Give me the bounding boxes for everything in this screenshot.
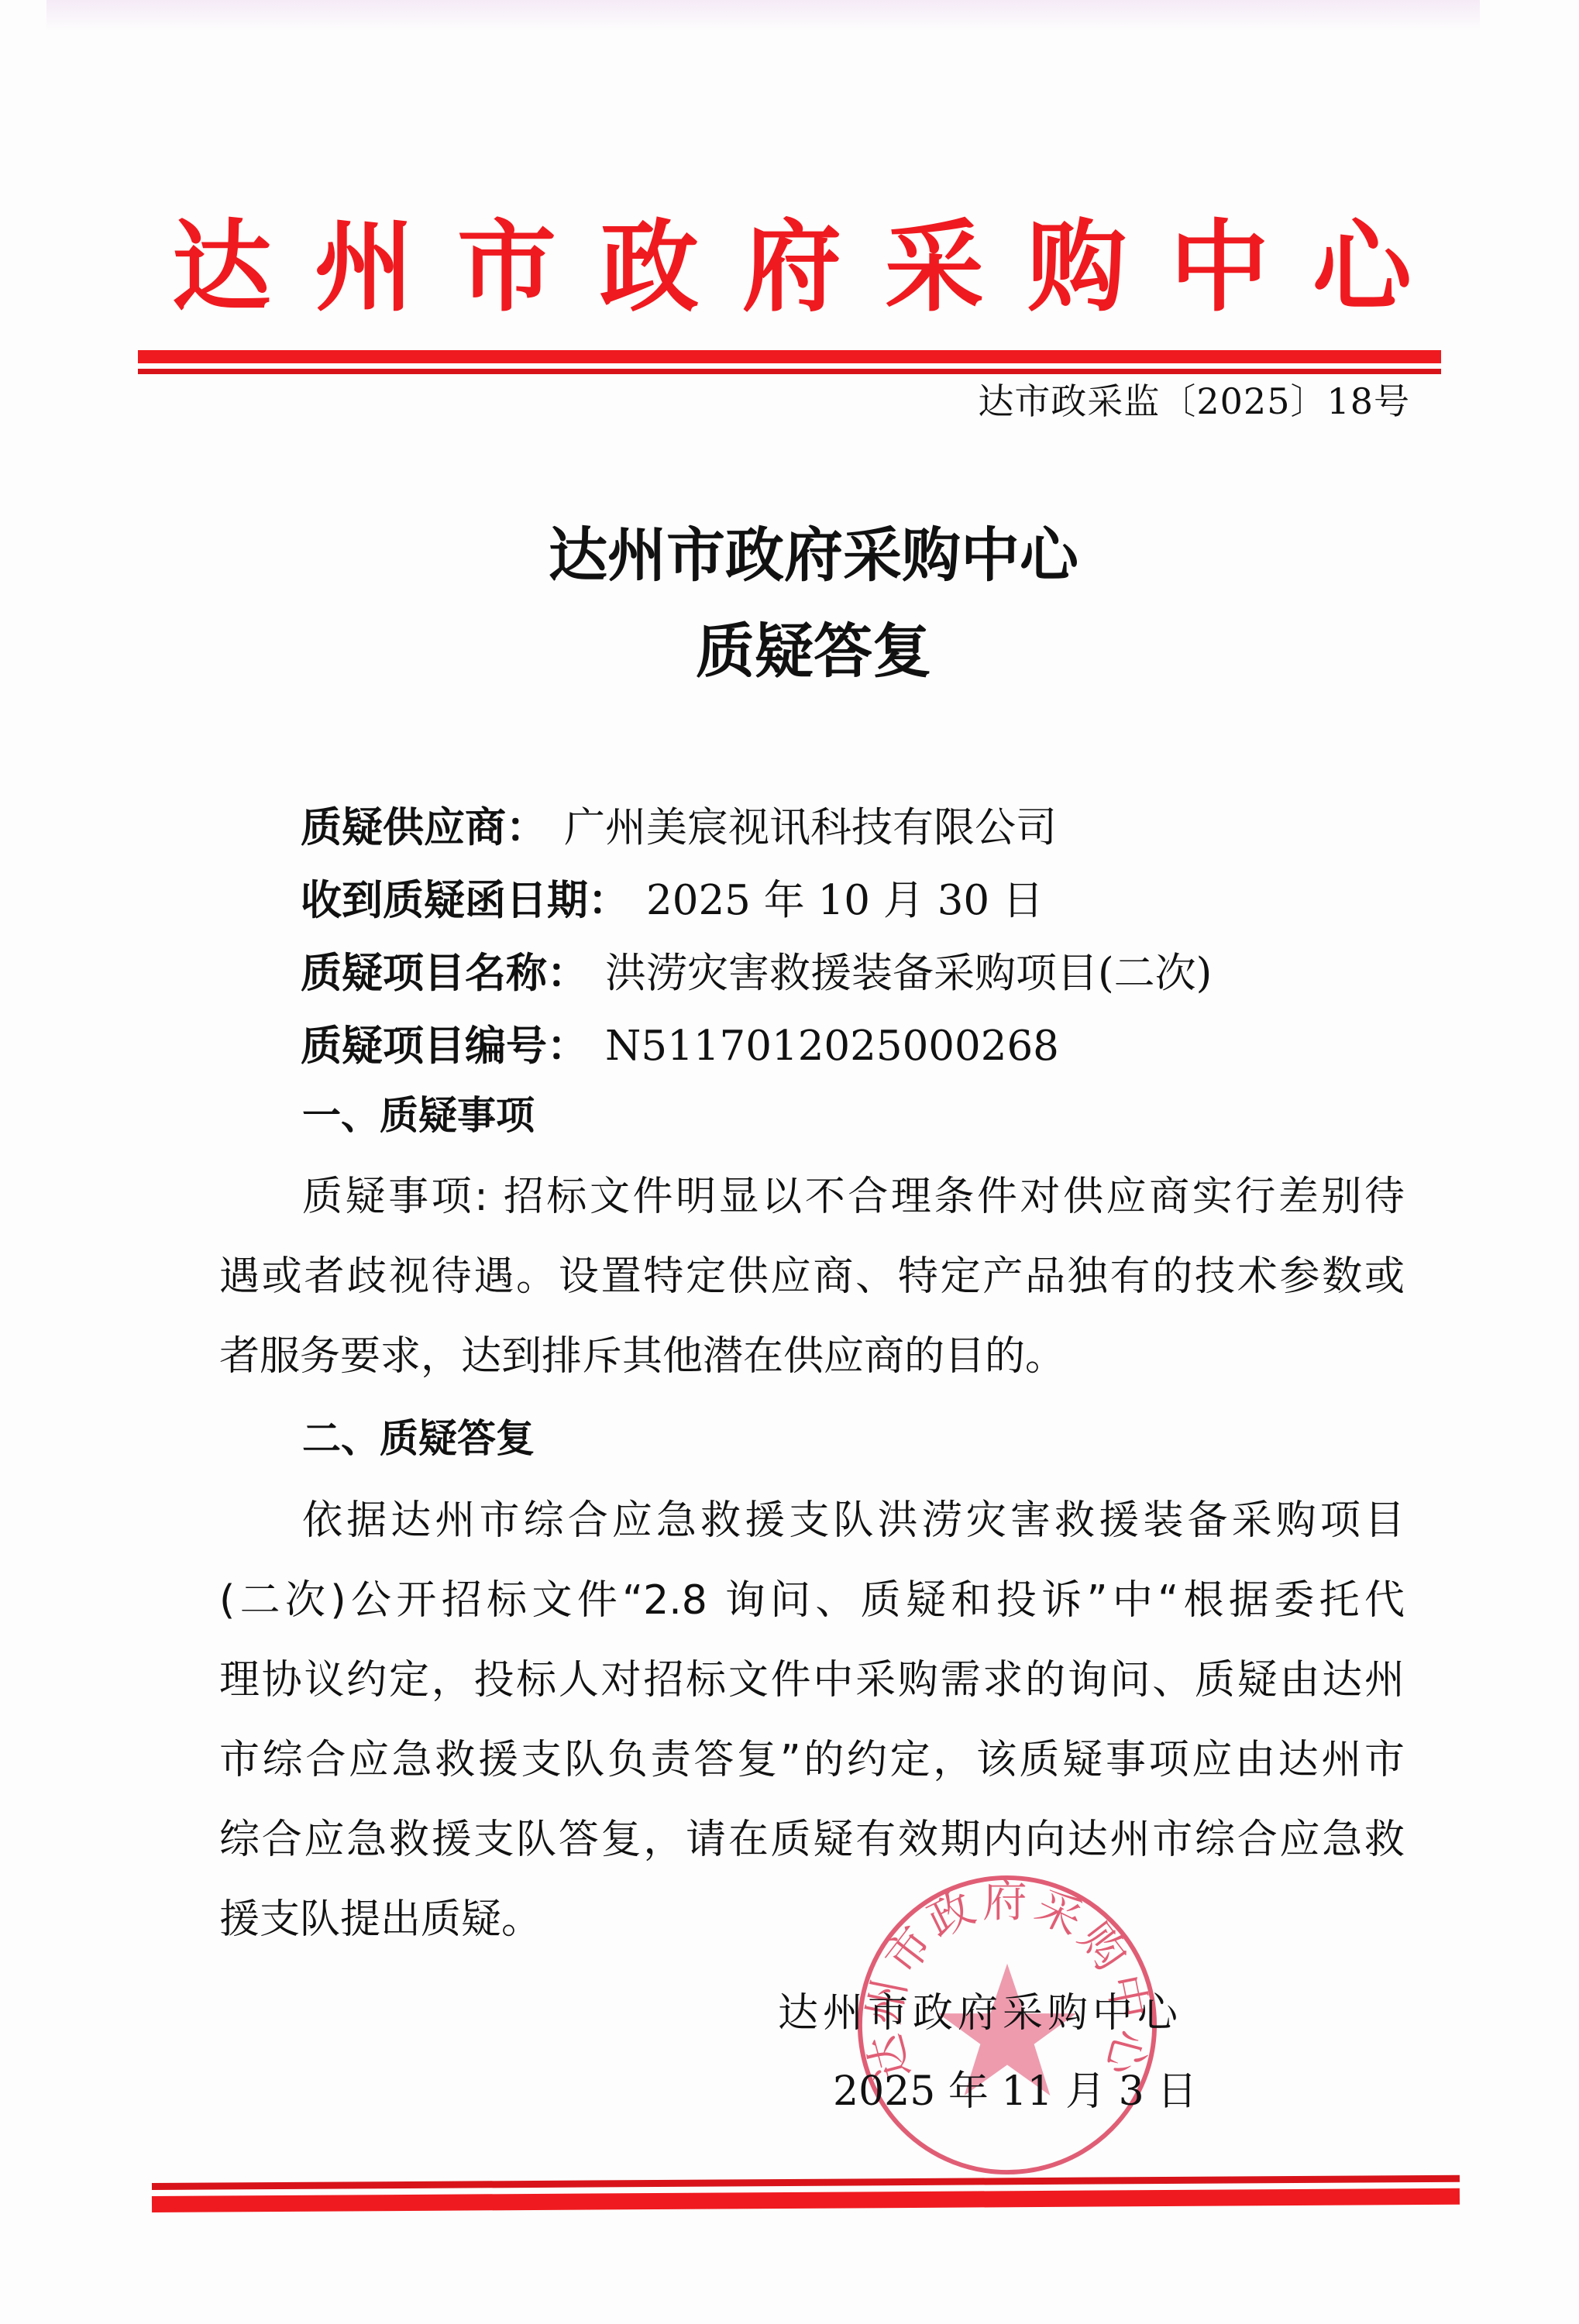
meta-value: 洪涝灾害救援装备采购项目(二次): [605, 948, 1212, 999]
meta-label: 质疑供应商: [301, 803, 506, 854]
signature-date: 2025 年 11 月 3 日: [833, 2067, 1197, 2116]
meta-colon: ：: [588, 875, 629, 927]
meta-colon: ：: [547, 948, 588, 999]
body-line: 援支队提出质疑。: [219, 1880, 1405, 1960]
body-line: 市综合应急救援支队负责答复”的约定，该质疑事项应由达州市: [219, 1721, 1405, 1800]
meta-colon: ：: [547, 1021, 588, 1072]
body-line: 遇或者歧视待遇。设置特定供应商、特定产品独有的技术参数或: [219, 1237, 1405, 1317]
masthead-divider-thick: [138, 350, 1441, 363]
section-heading-reply: 二、质疑答复: [302, 1415, 535, 1462]
section-body-reply: 依据达州市综合应急救援支队洪涝灾害救援装备采购项目 (二次)公开招标文件“2.8…: [219, 1481, 1405, 1960]
meta-row-supplier: 质疑供应商：广州美宸视讯科技有限公司: [301, 792, 1463, 865]
masthead-char: 市: [457, 209, 556, 325]
meta-value: 2025 年 10 月 30 日: [646, 875, 1044, 927]
masthead-char: 心: [1312, 209, 1412, 325]
body-line: (二次)公开招标文件“2.8 询问、质疑和投诉”中“根据委托代: [219, 1561, 1405, 1641]
document-number: 达市政采监〔2025〕18号: [978, 380, 1410, 423]
meta-row-project-name: 质疑项目名称：洪涝灾害救援装备采购项目(二次): [301, 937, 1463, 1010]
document-title-type: 质疑答复: [0, 617, 1579, 686]
footer-divider-thin: [152, 2175, 1460, 2190]
meta-row-received-date: 收到质疑函日期：2025 年 10 月 30 日: [301, 865, 1463, 937]
masthead-char: 购: [1027, 209, 1127, 325]
body-line: 理协议约定，投标人对招标文件中采购需求的询问、质疑由达州: [219, 1641, 1405, 1721]
masthead-char: 府: [742, 209, 841, 325]
meta-label: 质疑项目名称: [301, 948, 547, 999]
scan-artifact: [46, 0, 1480, 31]
masthead-char: 达: [172, 209, 271, 325]
meta-fields: 质疑供应商：广州美宸视讯科技有限公司 收到质疑函日期：2025 年 10 月 3…: [301, 792, 1463, 1083]
body-line: 质疑事项: 招标文件明显以不合理条件对供应商实行差别待: [219, 1157, 1405, 1237]
footer-divider-thick: [152, 2188, 1460, 2212]
section-heading-issue: 一、质疑事项: [302, 1092, 535, 1139]
masthead-char: 州: [315, 209, 414, 325]
meta-label: 收到质疑函日期: [301, 875, 588, 927]
section-body-issue: 质疑事项: 招标文件明显以不合理条件对供应商实行差别待 遇或者歧视待遇。设置特定…: [219, 1157, 1405, 1397]
body-line: 依据达州市综合应急救援支队洪涝灾害救援装备采购项目: [219, 1481, 1405, 1561]
masthead-char: 政: [600, 209, 699, 325]
document-title-org: 达州市政府采购中心: [0, 521, 1579, 590]
body-line: 综合应急救援支队答复，请在质疑有效期内向达州市综合应急救: [219, 1800, 1405, 1880]
masthead-title: 达 州 市 政 府 采 购 中 心: [172, 209, 1412, 325]
meta-label: 质疑项目编号: [301, 1021, 547, 1072]
masthead-char: 采: [885, 209, 984, 325]
signature-organization: 达州市政府采购中心: [778, 1989, 1182, 2038]
meta-row-project-number: 质疑项目编号：N5117012025000268: [301, 1010, 1463, 1083]
meta-value: 广州美宸视讯科技有限公司: [564, 803, 1057, 854]
meta-value: N5117012025000268: [605, 1021, 1059, 1072]
masthead-divider-thin: [138, 369, 1441, 374]
meta-colon: ：: [506, 803, 547, 854]
masthead-char: 中: [1170, 209, 1269, 325]
body-line: 者服务要求，达到排斥其他潜在供应商的目的。: [219, 1317, 1405, 1397]
